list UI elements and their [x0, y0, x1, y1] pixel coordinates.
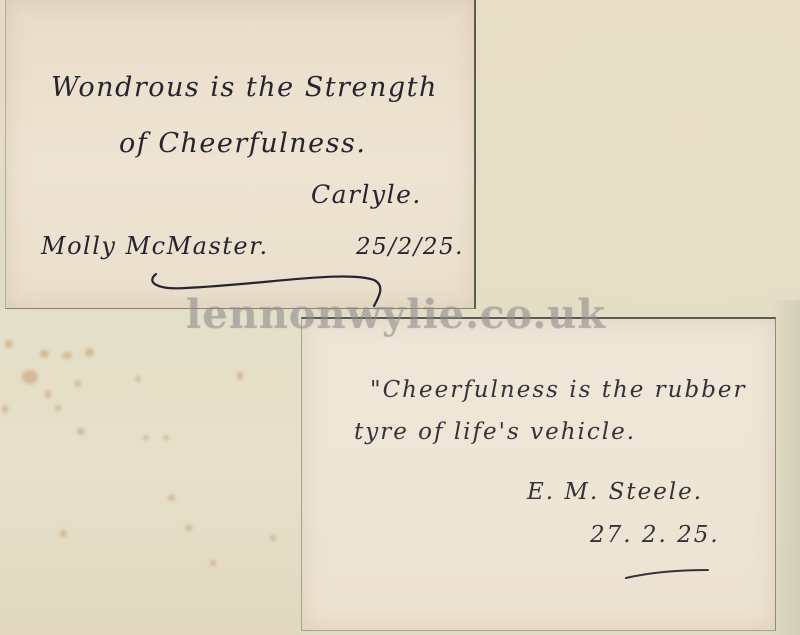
autograph-card-steele-quote: "Cheerfulness is the rubber tyre of life… — [301, 317, 776, 631]
foxing-spot — [62, 352, 72, 359]
quote-line-1: "Cheerfulness is the rubber — [370, 377, 747, 403]
foxing-spot — [163, 435, 169, 440]
date: 27. 2. 25. — [590, 522, 720, 548]
foxing-spot — [5, 340, 13, 348]
foxing-spot — [2, 405, 8, 413]
quote-line-1: Wondrous is the Strength — [51, 72, 438, 103]
foxing-spot — [237, 372, 243, 380]
signature: E. M. Steele. — [527, 479, 703, 505]
foxing-spot — [168, 495, 175, 501]
quote-attribution: Carlyle. — [311, 180, 422, 209]
foxing-spot — [135, 376, 141, 382]
foxing-spot — [75, 380, 81, 387]
foxed-paper-area — [0, 310, 302, 635]
foxing-spot — [40, 350, 49, 358]
foxing-spot — [60, 530, 67, 537]
watermark: lennonwylie.co.uk — [186, 291, 606, 338]
foxing-spot — [210, 560, 216, 566]
foxing-spot — [45, 390, 51, 398]
foxing-spot — [85, 348, 94, 357]
foxing-spot — [143, 435, 149, 440]
foxing-spot — [55, 405, 61, 411]
foxing-spot — [185, 525, 192, 531]
foxing-spot — [77, 428, 85, 435]
quote-line-2: tyre of life's vehicle. — [354, 419, 636, 445]
autograph-card-carlyle-quote: Wondrous is the Strength of Cheerfulness… — [5, 0, 476, 309]
date-underline — [622, 564, 712, 584]
foxing-spot — [270, 535, 276, 541]
quote-line-2: of Cheerfulness. — [119, 128, 366, 159]
foxing-spot — [22, 370, 38, 384]
signature: Molly McMaster. — [41, 232, 269, 260]
date: 25/2/25. — [356, 234, 464, 260]
